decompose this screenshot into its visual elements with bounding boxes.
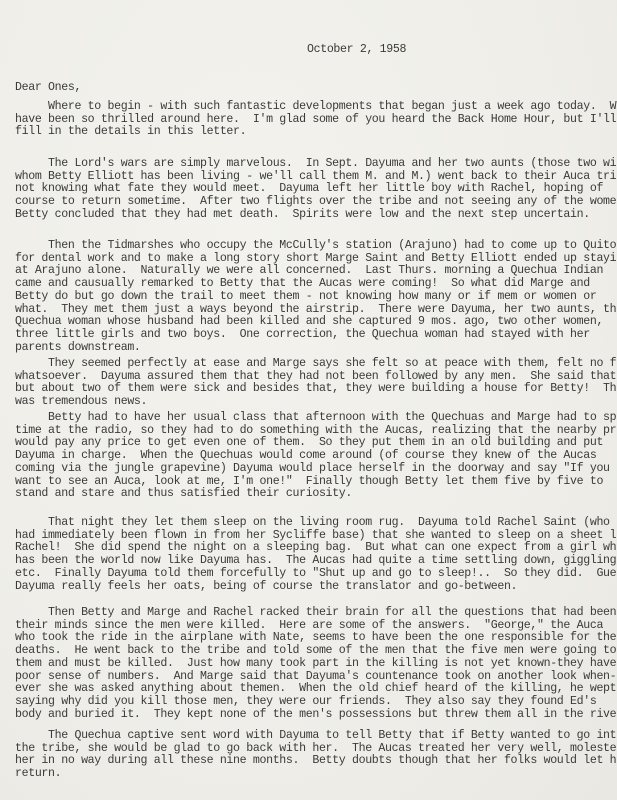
paragraph-line: came and causually remarked to Betty tha… bbox=[15, 278, 617, 291]
paragraph-line: Where to begin - with such fantastic dev… bbox=[15, 101, 617, 114]
paragraph-line: three little girls and two boys. One cor… bbox=[15, 329, 617, 342]
paragraph-line: Then Betty and Marge and Rachel racked t… bbox=[15, 607, 617, 620]
paragraph-line: Betty do but go down the trail to meet t… bbox=[15, 291, 617, 304]
paragraph: The Quechua captive sent word with Dayum… bbox=[15, 730, 617, 781]
paragraph: That night they let them sleep on the li… bbox=[15, 517, 617, 593]
paragraph-line: Dayuma in charge. When the Quechuas woul… bbox=[15, 450, 617, 463]
paragraph-line: The Quechua captive sent word with Dayum… bbox=[15, 730, 617, 743]
paragraph-line: her in no way during all these nine mont… bbox=[15, 755, 617, 768]
paragraph-line: coming via the jungle grapevine) Dayuma … bbox=[15, 463, 617, 476]
paragraph: The Lord's wars are simply marvelous. In… bbox=[15, 158, 617, 222]
paragraph-line: Dayuma really feels her oats, being of c… bbox=[15, 581, 617, 594]
paragraph-line: Then the Tidmarshes who occupy the McCul… bbox=[15, 240, 617, 253]
letter-date: October 2, 1958 bbox=[307, 44, 406, 57]
paragraph-line: course to return sometime. After two fli… bbox=[15, 196, 617, 209]
paragraph: Betty had to have her usual class that a… bbox=[15, 412, 617, 501]
paragraph-line: That night they let them sleep on the li… bbox=[15, 517, 617, 530]
salutation: Dear Ones, bbox=[15, 82, 81, 95]
paragraph-line: fill in the details in this letter. bbox=[15, 126, 617, 139]
paragraph: Then Betty and Marge and Rachel racked t… bbox=[15, 607, 617, 721]
paragraph-line: They seemed perfectly at ease and Marge … bbox=[15, 358, 617, 371]
paragraph-line: Betty concluded that they had met death.… bbox=[15, 209, 617, 222]
paragraph-line: stand and stare and thus satisfied their… bbox=[15, 488, 617, 501]
paragraph: Then the Tidmarshes who occupy the McCul… bbox=[15, 240, 617, 354]
paragraph: They seemed perfectly at ease and Marge … bbox=[15, 358, 617, 409]
paragraph-line: Betty had to have her usual class that a… bbox=[15, 412, 617, 425]
paragraph-line: parents downstream. bbox=[15, 342, 617, 355]
paragraph-line: body and buried it. They kept none of th… bbox=[15, 709, 617, 722]
paragraph: Where to begin - with such fantastic dev… bbox=[15, 101, 617, 139]
paragraph-line: return. bbox=[15, 768, 617, 781]
paragraph-line: deaths. He went back to the tribe and to… bbox=[15, 645, 617, 658]
paragraph-line: was tremendous news. bbox=[15, 396, 617, 409]
paragraph-line: etc. Finally Dayuma told them forcefully… bbox=[15, 568, 617, 581]
paragraph-line: The Lord's wars are simply marvelous. In… bbox=[15, 158, 617, 171]
paragraph-line: has been the world now like Dayuma has. … bbox=[15, 555, 617, 568]
paragraph-line: them and must be killed. Just how many t… bbox=[15, 658, 617, 671]
letter-page: October 2, 1958 Dear Ones, Where to begi… bbox=[0, 0, 617, 800]
paragraph-line: saying why did you kill those men, they … bbox=[15, 696, 617, 709]
